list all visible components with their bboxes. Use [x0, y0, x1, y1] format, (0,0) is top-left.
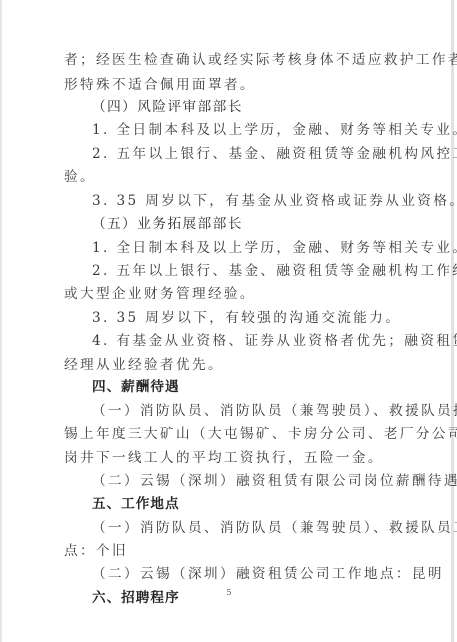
text-line: 1. 全日制本科及以上学历，金融、财务等相关专业。	[92, 239, 457, 257]
text-line: 形特殊不适合佩用面罩者。	[64, 76, 256, 94]
text-line: 验。	[64, 168, 96, 186]
text-line: 点：个旧	[64, 542, 128, 560]
text-line: 者；经医生检查确认或经实际考核身体不适应救护工作者；脸	[64, 51, 457, 69]
text-line: 2. 五年以上银行、基金、融资租赁等金融机构工作经验，	[92, 262, 457, 280]
text-line: 3. 35 周岁以下，有基金从业资格或证券从业资格。	[92, 192, 457, 210]
subsection-heading: （五）业务拓展部部长	[92, 215, 243, 233]
page-number: 5	[2, 588, 456, 597]
document-page: 者；经医生检查确认或经实际考核身体不适应救护工作者；脸形特殊不适合佩用面罩者。（…	[0, 0, 454, 642]
text-line: 岗井下一线工人的平均工资执行，五险一金。	[64, 449, 384, 467]
text-line: 4. 有基金从业资格、证券从业资格者优先；融资租赁客户	[92, 332, 457, 350]
subsection-heading: （四）风险评审部部长	[92, 98, 243, 116]
text-line: 或大型企业财务管理经验。	[64, 285, 256, 303]
text-line: 锡上年度三大矿山（大屯锡矿、卡房分公司、老厂分公司）在	[64, 425, 457, 443]
text-line: 3. 35 周岁以下，有较强的沟通交流能力。	[92, 309, 401, 327]
text-line: （一）消防队员、消防队员（兼驾驶员）、救援队员按照云	[92, 402, 457, 420]
text-line: 经理从业经验者优先。	[64, 356, 224, 374]
text-line: （一）消防队员、消防队员（兼驾驶员）、救援队员工作地	[92, 519, 457, 537]
text-line: （二）云锡（深圳）融资租赁公司工作地点：昆明	[92, 565, 444, 583]
section-heading: 四、薪酬待遇	[92, 378, 180, 396]
text-line: （二）云锡（深圳）融资租赁有限公司岗位薪酬待遇面谈。	[92, 472, 457, 490]
text-line: 1. 全日制本科及以上学历，金融、财务等相关专业。	[92, 121, 457, 139]
section-heading: 五、工作地点	[92, 495, 180, 513]
text-line: 2. 五年以上银行、基金、融资租赁等金融机构风控工作经	[92, 145, 457, 163]
